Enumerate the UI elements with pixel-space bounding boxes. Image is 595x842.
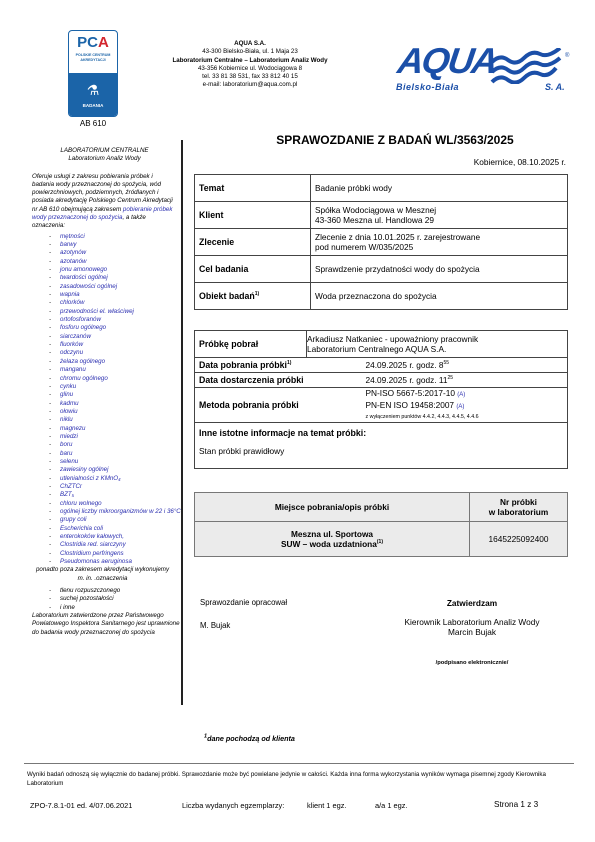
row-label: Data dostarczenia próbki (195, 373, 362, 388)
column-header-place: Miejsce pobrania/opis próbki (195, 493, 470, 522)
pca-logo-subtitle: POLSKIE CENTRUMAKREDYTACJI (69, 53, 117, 62)
sampling-table: Próbkę pobrał Arkadiusz Natkaniec - upow… (194, 330, 568, 469)
label-text: Data pobrania próbki (199, 360, 287, 370)
method-2: PN-EN ISO 19458:2007 (A) (366, 400, 564, 412)
method-code: PN-EN ISO 19458:2007 (366, 400, 455, 410)
sidebar-footer: Laboratorium zatwierdzone przez Państwow… (28, 612, 181, 637)
list-item: azotanów (49, 258, 181, 266)
lab-phone: tel. 33 81 38 531, fax 33 812 40 15 (135, 73, 365, 81)
row-label: Klient (195, 202, 311, 229)
company-address: 43-300 Bielsko-Biała, ul. 1 Maja 23 (135, 48, 365, 56)
table-row: Data pobrania próbki1) 24.09.2025 r. god… (195, 358, 568, 373)
list-item: jonu amonowego (49, 266, 181, 274)
pca-accreditation-logo: PCA POLSKIE CENTRUMAKREDYTACJI ⚗ BADANIA (68, 30, 118, 117)
row-label: Metoda pobrania próbki (195, 388, 362, 423)
list-item: mętności (49, 233, 181, 241)
list-item: baru (49, 450, 181, 458)
row-value: Arkadiusz Natkaniec - upoważniony pracow… (307, 331, 568, 358)
accreditation-number: AB 610 (68, 119, 118, 128)
company-name: AQUA S.A. (135, 40, 365, 48)
list-item: ChZTCr (49, 483, 181, 491)
non-accredited-items-list: tlenu rozpuszczonegosuchej pozostałościi… (49, 587, 181, 612)
label-text: Obiekt badań (199, 291, 255, 301)
list-item: fluorków (49, 341, 181, 349)
row-label: Cel badania (195, 256, 311, 283)
list-item: glinu (49, 391, 181, 399)
copies-archive: a/a 1 egz. (375, 801, 407, 810)
header-line2: w laboratorium (474, 507, 563, 517)
sample-place: Meszna ul. SportowaSUW – woda uzdatniona… (195, 522, 470, 557)
place-line1: Meszna ul. Sportowa (199, 529, 465, 539)
list-item: wapnia (49, 291, 181, 299)
approved-by-block: Zatwierdzam Kierownik Laboratorium Anali… (372, 598, 572, 637)
lab-name: Laboratorium Centralne – Laboratorium An… (135, 57, 365, 65)
list-item: utlenialności z KMnO₄ (49, 475, 181, 483)
list-item: zasadowości ogólnej (49, 283, 181, 291)
footer-disclaimer: Wyniki badań odnoszą się wyłącznie do ba… (27, 771, 577, 788)
delivery-date: 24.09.2025 r. godz. 11 (366, 375, 448, 385)
list-item: Clostridia red. siarczyny (49, 541, 181, 549)
lab-address: 43-356 Kobiernice ul. Wodociągowa 8 (135, 65, 365, 73)
prepared-label: Sprawozdanie opracował (200, 598, 287, 608)
list-item: niklu (49, 416, 181, 424)
list-item: chlorków (49, 299, 181, 307)
list-item: magnezu (49, 425, 181, 433)
list-item: Clostridium perfringens (49, 550, 181, 558)
row-value: Zlecenie z dnia 10.01.2025 r. zarejestro… (311, 229, 568, 256)
approver-title: Kierownik Laboratorium Analiz Wody (372, 617, 572, 627)
table-row: Obiekt badań1) Woda przeznaczona do spoż… (195, 283, 568, 310)
list-item: barwy (49, 241, 181, 249)
footnote-text: dane pochodzą od klienta (207, 734, 295, 743)
waves-icon (490, 48, 565, 84)
prepared-by-block: Sprawozdanie opracował M. Bujak (200, 598, 287, 631)
list-item: siarczanów (49, 333, 181, 341)
time-minutes: 25 (447, 375, 453, 381)
row-label: Zlecenie (195, 229, 311, 256)
pca-section: BADANIA (69, 103, 117, 108)
list-item: tlenu rozpuszczonego (49, 587, 181, 595)
page-number: Strona 1 z 3 (494, 800, 538, 809)
sampler-line2: Laboratorium Centralnego AQUA S.A. (307, 344, 563, 354)
list-item: enterokoków kałowych, (49, 533, 181, 541)
list-item: azotynów (49, 249, 181, 257)
accredited-mark: (A) (457, 392, 465, 398)
list-item: boru (49, 441, 181, 449)
footnote-ref: 1) (287, 360, 291, 366)
list-item: cynku (49, 383, 181, 391)
sample-table: Miejsce pobrania/opis próbki Nr próbkiw … (194, 492, 568, 557)
column-header-number: Nr próbkiw laboratorium (470, 493, 568, 522)
company-header: AQUA S.A. 43-300 Bielsko-Biała, ul. 1 Ma… (135, 40, 365, 90)
list-item: miedzi (49, 433, 181, 441)
row-value: PN-ISO 5667-5:2017-10 (A) PN-EN ISO 1945… (362, 388, 568, 423)
method-note: z wyłączeniem punktów 4.4.2, 4.4.3, 4.4.… (366, 412, 564, 422)
footnote-ref: 1) (255, 291, 259, 297)
sampler-line1: Arkadiusz Natkaniec - upoważniony pracow… (307, 334, 563, 344)
report-place-date: Kobiernice, 08.10.2025 r. (380, 157, 566, 167)
registered-mark: ® (565, 53, 569, 59)
list-item: zawiesiny ogólnej (49, 466, 181, 474)
row-label: Obiekt badań1) (195, 283, 311, 310)
list-item: ołowiu (49, 408, 181, 416)
table-row: Cel badania Sprawdzenie przydatności wod… (195, 256, 568, 283)
electronic-signature-note: /podpisano elektronicznie/ (372, 660, 572, 666)
aqua-logo-suffix: S. A. (545, 82, 565, 92)
table-row: Temat Badanie próbki wody (195, 175, 568, 202)
copies-label: Liczba wydanych egzemplarzy: (182, 801, 284, 810)
non-accredited-intro: ponadto poza zakresem akredytacji wykonu… (28, 566, 181, 583)
list-item: odczynu (49, 349, 181, 357)
row-value: Woda przeznaczona do spożycia (311, 283, 568, 310)
sidebar-title: LABORATORIUM CENTRALNE Laboratorium Anal… (28, 147, 181, 164)
list-item: twardości ogólnej (49, 274, 181, 282)
list-item: kadmu (49, 400, 181, 408)
client-name: Spółka Wodociągowa w Mesznej (315, 205, 563, 215)
pca-logo-text: PCA (69, 31, 117, 50)
table-row: Inne istotne informacje na temat próbki:… (195, 423, 568, 469)
table-header-row: Miejsce pobrania/opis próbki Nr próbkiw … (195, 493, 568, 522)
sampling-date: 24.09.2025 r. godz. 8 (366, 360, 444, 370)
row-label: Temat (195, 175, 311, 202)
list-item: selenu (49, 458, 181, 466)
lab-scope-sidebar: LABORATORIUM CENTRALNE Laboratorium Anal… (28, 140, 183, 705)
list-item: suchej pozostałości (49, 595, 181, 603)
list-item: i inne (49, 604, 181, 612)
aqua-brand-logo: AQUA ® Bielsko-Biała S. A. (350, 40, 575, 100)
table-row: Zlecenie Zlecenie z dnia 10.01.2025 r. z… (195, 229, 568, 256)
copies-client: klient 1 egz. (307, 801, 346, 810)
list-item: przewodności el. właściwej (49, 308, 181, 316)
form-code: ZPO-7.8.1-01 ed. 4/07.06.2021 (30, 801, 132, 810)
footnote-ref: (1) (377, 539, 383, 545)
row-label: Data pobrania próbki1) (195, 358, 362, 373)
accredited-items-list: mętnościbarwyazotynówazotanówjonu amonow… (49, 233, 181, 567)
other-info-cell: Inne istotne informacje na temat próbki:… (195, 423, 568, 469)
list-item: chloru wolnego (49, 500, 181, 508)
table-row: Klient Spółka Wodociągowa w Mesznej43-36… (195, 202, 568, 229)
time-minutes: 55 (443, 360, 449, 366)
lab-email: e-mail: laboratorium@aqua.com.pl (135, 81, 365, 89)
row-value: 24.09.2025 r. godz. 855 (362, 358, 568, 373)
order-line1: Zlecenie z dnia 10.01.2025 r. zarejestro… (315, 232, 563, 242)
list-item: manganu (49, 366, 181, 374)
list-item: grupy coli (49, 516, 181, 524)
client-address: 43-360 Meszna ul. Handlowa 29 (315, 215, 563, 225)
aqua-logo-city: Bielsko-Biała (396, 82, 459, 92)
table-row: Metoda pobrania próbki PN-ISO 5667-5:201… (195, 388, 568, 423)
row-value: Spółka Wodociągowa w Mesznej43-360 Meszn… (311, 202, 568, 229)
list-item: chromu ogólnego (49, 375, 181, 383)
method-code: PN-ISO 5667-5:2017-10 (366, 388, 455, 398)
footnote: 1dane pochodzą od klienta (204, 734, 295, 743)
header-line1: Nr próbki (474, 497, 563, 507)
row-value: 24.09.2025 r. godz. 1125 (362, 373, 568, 388)
flask-icon: ⚗ (69, 73, 117, 103)
list-item: Escherichia coli (49, 525, 181, 533)
approver-name: Marcin Bujak (372, 627, 572, 637)
table-row: Meszna ul. SportowaSUW – woda uzdatniona… (195, 522, 568, 557)
approved-label: Zatwierdzam (372, 598, 572, 608)
row-label: Próbkę pobrał (195, 331, 307, 358)
list-item: ortofosforanów (49, 316, 181, 324)
list-item: żelaza ogólnego (49, 358, 181, 366)
other-info-value: Stan próbki prawidłowy (199, 446, 563, 456)
sidebar-title-line2: Laboratorium Analiz Wody (28, 155, 181, 163)
sidebar-intro: Oferuje usługi z zakresu pobierania prób… (28, 173, 181, 231)
list-item: Pseudomonas aeruginosa (49, 558, 181, 566)
list-item: fosforu ogólnego (49, 324, 181, 332)
table-row: Data dostarczenia próbki 24.09.2025 r. g… (195, 373, 568, 388)
other-info-label: Inne istotne informacje na temat próbki: (199, 428, 563, 438)
prepared-by: M. Bujak (200, 621, 287, 631)
place-text: SUW – woda uzdatniona (281, 539, 377, 549)
list-item: ogólnej liczby mikroorganizmów w 22 i 36… (49, 508, 181, 516)
list-item: BZT₅ (49, 491, 181, 499)
table-row: Próbkę pobrał Arkadiusz Natkaniec - upow… (195, 331, 568, 358)
order-line2: pod numerem W/035/2025 (315, 242, 563, 252)
report-info-table: Temat Badanie próbki wody Klient Spółka … (194, 174, 568, 310)
accredited-mark: (A) (456, 404, 464, 410)
sidebar-title-line1: LABORATORIUM CENTRALNE (28, 147, 181, 155)
aqua-logo-word: AQUA (395, 40, 499, 82)
method-1: PN-ISO 5667-5:2017-10 (A) (366, 388, 564, 400)
place-line2: SUW – woda uzdatniona(1) (199, 539, 465, 549)
row-value: Sprawdzenie przydatności wody do spożyci… (311, 256, 568, 283)
row-value: Badanie próbki wody (311, 175, 568, 202)
footer-divider (24, 763, 574, 764)
report-title: SPRAWOZDANIE Z BADAŃ WL/3563/2025 (190, 133, 595, 147)
sample-number: 1645225092400 (470, 522, 568, 557)
